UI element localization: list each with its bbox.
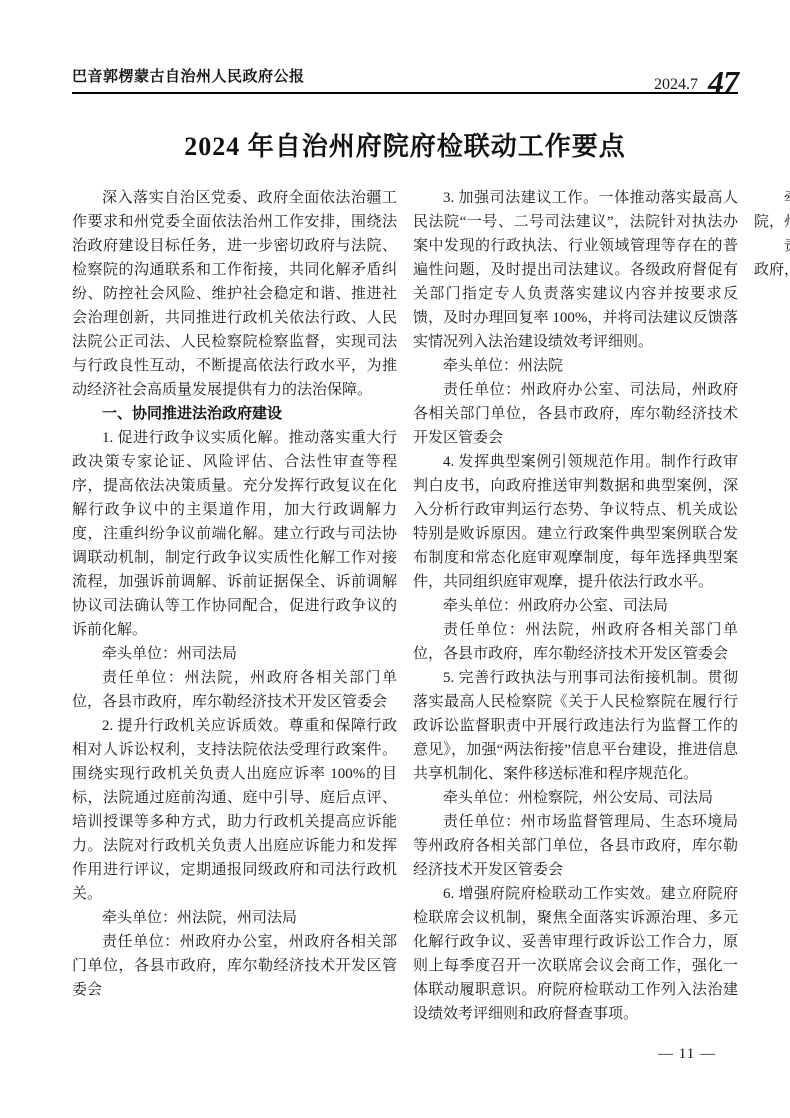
lead-unit-5: 牵头单位：州检察院，州公安局、司法局 bbox=[413, 786, 738, 810]
page-header: 巴音郭楞蒙古自治州人民政府公报 2024.7 47 bbox=[72, 56, 738, 94]
duty-unit-2: 责任单位：州政府办公室，州政府各相关部门单位，各县市政府，库尔勒经济技术开发区管… bbox=[72, 930, 397, 1002]
paragraph-intro: 深入落实自治区党委、政府全面依法治疆工作要求和州党委全面依法治州工作安排，围绕法… bbox=[72, 186, 397, 402]
duty-unit-3: 责任单位：州政府办公室、司法局，州政府各相关部门单位，各县市政府，库尔勒经济技术… bbox=[413, 378, 738, 450]
lead-unit-4: 牵头单位：州政府办公室、司法局 bbox=[413, 594, 738, 618]
gazette-page: 巴音郭楞蒙古自治州人民政府公报 2024.7 47 2024 年自治州府院府检联… bbox=[0, 0, 790, 1118]
issue-block: 2024.7 47 bbox=[654, 62, 738, 94]
duty-unit-6: 责任单位：州政府各相关部门单位，各县市政府，库尔勒经济技术开发区管委会 bbox=[754, 234, 790, 282]
item-1: 1. 促进行政争议实质化解。推动落实重大行政决策专家论证、风险评估、合法性审查等… bbox=[72, 426, 397, 642]
lead-unit-2: 牵头单位：州法院，州司法局 bbox=[72, 906, 397, 930]
duty-unit-1: 责任单位：州法院，州政府各相关部门单位，各县市政府，库尔勒经济技术开发区管委会 bbox=[72, 666, 397, 714]
article-title: 2024 年自治州府院府检联动工作要点 bbox=[72, 126, 738, 163]
duty-unit-5: 责任单位：州市场监督管理局、生态环境局等州政府各相关部门单位，各县市政府，库尔勒… bbox=[413, 810, 738, 882]
item-4: 4. 发挥典型案例引领规范作用。制作行政审判白皮书，向政府推送审判数据和典型案例… bbox=[413, 450, 738, 594]
duty-unit-4: 责任单位：州法院，州政府各相关部门单位，各县市政府，库尔勒经济技术开发区管委会 bbox=[413, 618, 738, 666]
page-number: — 11 — bbox=[658, 1046, 716, 1063]
lead-unit-6: 牵头单位：州政府办公室，州法院、检察院，州司法局 bbox=[754, 186, 790, 234]
item-3: 3. 加强司法建议工作。一体推动落实最高人民法院“一号、二号司法建议”，法院针对… bbox=[413, 186, 738, 354]
item-5: 5. 完善行政执法与刑事司法衔接机制。贯彻落实最高人民检察院《关于人民检察院在履… bbox=[413, 666, 738, 786]
lead-unit-3: 牵头单位：州法院 bbox=[413, 354, 738, 378]
item-2: 2. 提升行政机关应诉质效。尊重和保障行政相对人诉讼权利，支持法院依法受理行政案… bbox=[72, 714, 397, 906]
publication-title: 巴音郭楞蒙古自治州人民政府公报 bbox=[72, 65, 305, 86]
lead-unit-1: 牵头单位：州司法局 bbox=[72, 642, 397, 666]
article-body: 深入落实自治区党委、政府全面依法治疆工作要求和州党委全面依法治州工作安排，围绕法… bbox=[72, 186, 738, 1034]
item-6: 6. 增强府院府检联动工作实效。建立府院府检联席会议机制，聚焦全面落实诉源治理、… bbox=[413, 882, 738, 1026]
section-heading-1: 一、协同推进法治政府建设 bbox=[72, 402, 397, 426]
header-rule bbox=[72, 92, 738, 94]
